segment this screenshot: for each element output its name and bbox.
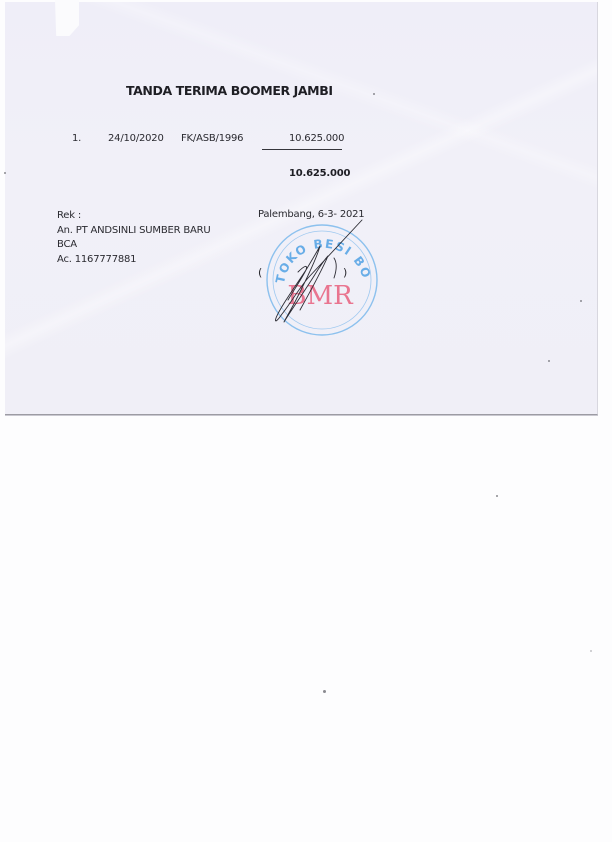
total-divider-line (262, 149, 342, 150)
account-number: Ac. 1167777881 (57, 253, 211, 268)
document-title: TANDA TERIMA BOOMER JAMBI (126, 83, 333, 98)
total-amount: 10.625.000 (289, 168, 350, 179)
item-amount: 10.625.000 (289, 133, 344, 144)
signature-paren-open: ( (258, 266, 262, 279)
scan-speck (373, 93, 375, 95)
bank-label: Rek : (57, 209, 211, 224)
scan-speck (590, 650, 592, 652)
bank-name: BCA (57, 238, 211, 253)
scan-speck (323, 690, 326, 693)
scan-speck (548, 360, 550, 362)
item-invoice-reference: FK/ASB/1996 (181, 133, 243, 144)
torn-corner (55, 0, 79, 36)
scan-speck (4, 172, 6, 174)
bank-details: Rek : An. PT ANDSINLI SUMBER BARU BCA Ac… (57, 209, 211, 268)
item-number: 1. (72, 133, 81, 144)
handwritten-signature (268, 218, 368, 328)
scan-speck (580, 300, 582, 302)
account-name: An. PT ANDSINLI SUMBER BARU (57, 224, 211, 239)
paper-crease (5, 2, 597, 414)
item-date: 24/10/2020 (108, 133, 164, 144)
scan-speck (496, 495, 498, 497)
scanned-page: TANDA TERIMA BOOMER JAMBI 1. 24/10/2020 … (0, 0, 612, 842)
